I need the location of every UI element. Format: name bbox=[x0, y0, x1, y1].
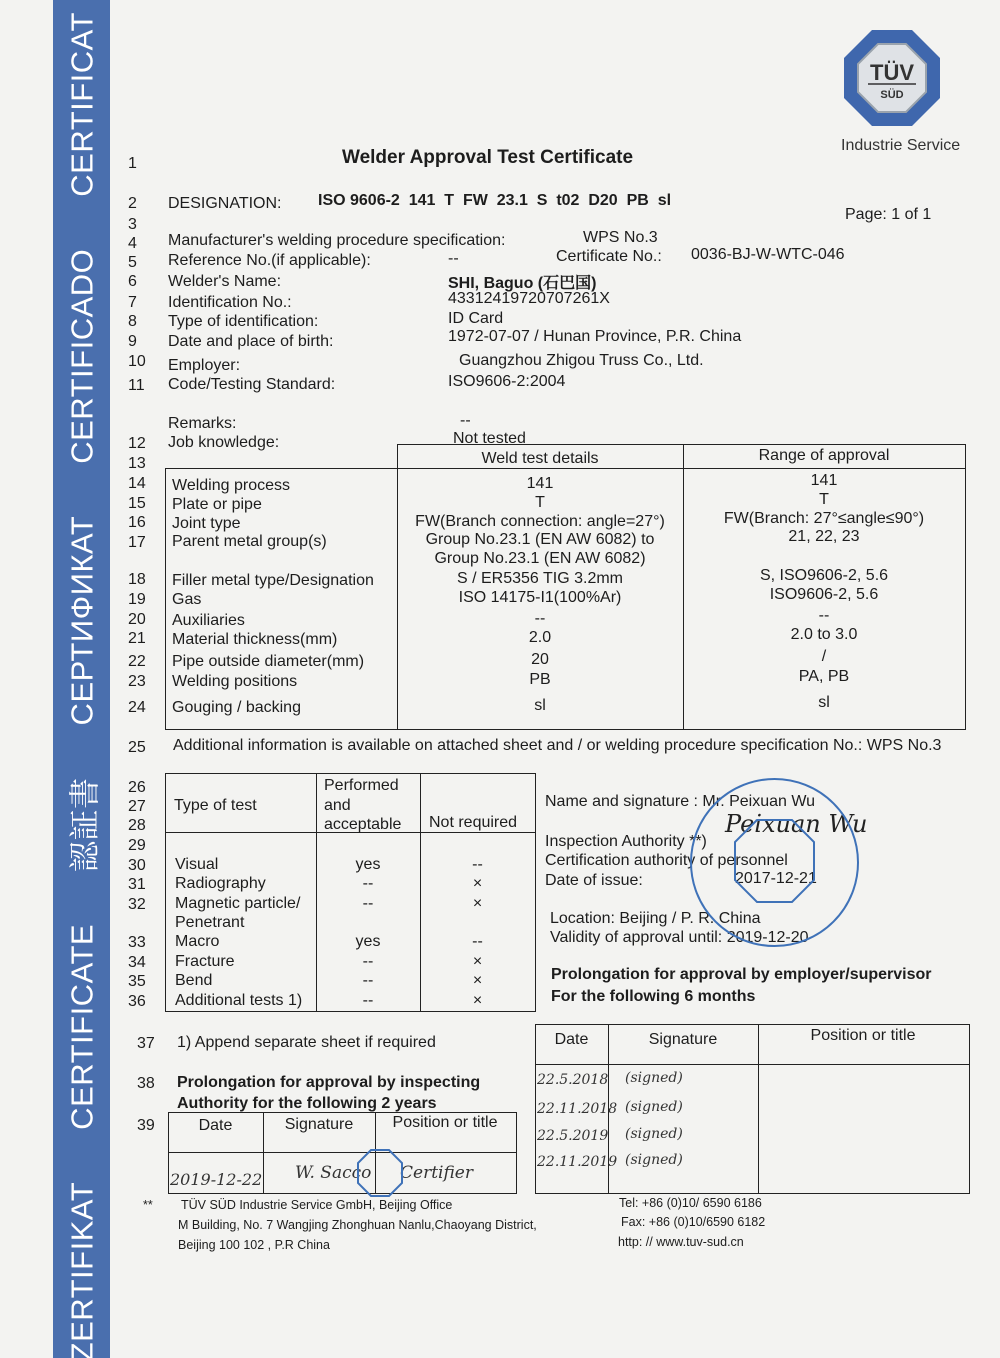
reference-value: -- bbox=[448, 250, 459, 268]
authority-header-position: Position or title bbox=[375, 1114, 515, 1132]
weld-header-range: Range of approval bbox=[683, 447, 965, 465]
weld-row-label: Gouging / backing bbox=[172, 699, 301, 717]
test-row-type: Radiography bbox=[175, 875, 266, 893]
weld-row-label: Auxiliaries bbox=[172, 612, 245, 630]
weld-row-detail: -- bbox=[397, 610, 683, 628]
line-number: 11 bbox=[128, 377, 152, 395]
weld-row-detail: 20 bbox=[397, 651, 683, 669]
line-number: 31 bbox=[128, 876, 152, 894]
line-number: 28 bbox=[128, 817, 152, 835]
line-number: 29 bbox=[128, 837, 152, 855]
inspection-authority: Inspection Authority **) bbox=[545, 833, 707, 851]
diamond-icon bbox=[75, 745, 88, 758]
test-header-not-required: Not required bbox=[429, 814, 517, 832]
employer-entry-signature: (signed) bbox=[625, 1152, 683, 1168]
page-indicator: Page: 1 of 1 bbox=[845, 206, 931, 224]
wps-label: Manufacturer's welding procedure specifi… bbox=[168, 232, 505, 250]
small-stamp-icon bbox=[355, 1148, 405, 1200]
prolong-employer-title: Prolongation for approval by employer/su… bbox=[551, 966, 932, 984]
test-row-performed: -- bbox=[316, 992, 420, 1010]
line-number: 7 bbox=[128, 294, 152, 312]
test-row-not-required: × bbox=[420, 992, 535, 1010]
id-type-value: ID Card bbox=[448, 310, 503, 328]
footer-web[interactable]: http: // www.tuv-sud.cn bbox=[618, 1235, 744, 1249]
weld-row-range: 141 bbox=[683, 472, 965, 490]
band-segment: СЕРТИФИКАТ bbox=[64, 516, 100, 726]
line-number: 6 bbox=[128, 273, 152, 291]
weld-row-range: T bbox=[683, 491, 965, 509]
reference-label: Reference No.(if applicable): bbox=[168, 252, 371, 270]
line-number: 36 bbox=[128, 993, 152, 1011]
weld-row-range: -- bbox=[683, 607, 965, 625]
test-row-type: Fracture bbox=[175, 953, 235, 971]
line-number: 34 bbox=[128, 954, 152, 972]
weld-row-detail: PB bbox=[397, 671, 683, 689]
band-segment: ZERTIFIKAT bbox=[64, 1182, 100, 1358]
test-row-performed: yes bbox=[316, 933, 420, 951]
weld-row-label: Joint type bbox=[172, 515, 240, 533]
test-row-type: Macro bbox=[175, 933, 219, 951]
weld-row-range: PA, PB bbox=[683, 668, 965, 686]
weld-row-label: Plate or pipe bbox=[172, 496, 262, 514]
weld-row-label: Welding positions bbox=[172, 673, 297, 691]
line-number: 23 bbox=[128, 673, 152, 691]
employer-value: Guangzhou Zhigou Truss Co., Ltd. bbox=[459, 352, 704, 370]
weld-row-label: Parent metal group(s) bbox=[172, 533, 327, 551]
code-label: Code/Testing Standard: bbox=[168, 376, 335, 394]
line-number: 37 bbox=[137, 1035, 161, 1053]
line-number: 5 bbox=[128, 254, 152, 272]
band-segment: 認証書 bbox=[59, 777, 104, 872]
authority-header-date: Date bbox=[168, 1117, 263, 1135]
line-number: 9 bbox=[128, 333, 152, 351]
line-number: 3 bbox=[128, 216, 152, 234]
line-number: 32 bbox=[128, 896, 152, 914]
side-band-text: ZERTIFIKAT CERTIFICATE 認証書 СЕРТИФИКАТ CE… bbox=[53, 0, 110, 1358]
prolong-authority-title: Prolongation for approval by inspecting bbox=[177, 1074, 480, 1092]
line-number: 30 bbox=[128, 857, 152, 875]
weld-row-range: / bbox=[683, 648, 965, 666]
line-number: 16 bbox=[128, 514, 152, 532]
test-row-type: Penetrant bbox=[175, 914, 244, 932]
line-number: 10 bbox=[128, 353, 152, 371]
line-number: 20 bbox=[128, 611, 152, 629]
employer-entry-date: 22.11.2018 bbox=[537, 1101, 617, 1117]
test-row-not-required: × bbox=[420, 895, 535, 913]
line-number: 26 bbox=[128, 779, 152, 797]
weld-row-range: 21, 22, 23 bbox=[683, 528, 965, 546]
birth-label: Date and place of birth: bbox=[168, 333, 333, 351]
line-number: 12 bbox=[128, 435, 152, 453]
employer-entry-date: 22.11.2019 bbox=[537, 1154, 617, 1170]
test-row-type: Magnetic particle/ bbox=[175, 895, 300, 913]
band-segment: CERTIFICAT bbox=[64, 12, 100, 197]
line-number: 8 bbox=[128, 313, 152, 331]
weld-row-detail: ISO 14175-I1(100%Ar) bbox=[397, 589, 683, 607]
certificate-label: Certificate No.: bbox=[556, 248, 662, 266]
line-number: 38 bbox=[137, 1075, 161, 1093]
test-row-performed: -- bbox=[316, 972, 420, 990]
footer-address-2: Beijing 100 102 , P.R China bbox=[178, 1238, 330, 1252]
line-number: 19 bbox=[128, 591, 152, 609]
prolong-employer-subtitle: For the following 6 months bbox=[551, 988, 755, 1006]
line-number: 15 bbox=[128, 495, 152, 513]
employer-entry-signature: (signed) bbox=[625, 1099, 683, 1115]
test-row-performed: -- bbox=[316, 895, 420, 913]
line-number: 2 bbox=[128, 195, 152, 213]
employer-header-date: Date bbox=[535, 1031, 608, 1049]
test-row-not-required: × bbox=[420, 953, 535, 971]
additional-info: Additional information is available on a… bbox=[173, 737, 941, 755]
line-number: 14 bbox=[128, 475, 152, 493]
weld-row-detail: 141 bbox=[397, 475, 683, 493]
prolong-authority-subtitle: Authority for the following 2 years bbox=[177, 1095, 437, 1113]
birth-value: 1972-07-07 / Hunan Province, P.R. China bbox=[448, 328, 741, 346]
id-type-label: Type of identification: bbox=[168, 313, 318, 331]
weld-row-label: Pipe outside diameter(mm) bbox=[172, 653, 364, 671]
band-segment: CERTIFICADO bbox=[64, 249, 100, 464]
issue-date-label: Date of issue: bbox=[545, 872, 643, 890]
authority-entry-position: Certifier bbox=[400, 1163, 473, 1183]
test-row-not-required: × bbox=[420, 875, 535, 893]
designation-value: ISO 9606-2 141 T FW 23.1 S t02 D20 PB sl bbox=[318, 192, 671, 210]
weld-row-range: 2.0 to 3.0 bbox=[683, 626, 965, 644]
weld-row-detail: T bbox=[397, 494, 683, 512]
weld-row-range: FW(Branch: 27°≤angle≤90°) bbox=[683, 510, 965, 528]
append-note: 1) Append separate sheet if required bbox=[177, 1034, 436, 1052]
employer-entry-date: 22.5.2019 bbox=[537, 1128, 608, 1144]
weld-row-detail: S / ER5356 TIG 3.2mm bbox=[397, 570, 683, 588]
line-number: 27 bbox=[128, 798, 152, 816]
line-number: 22 bbox=[128, 653, 152, 671]
line-number: 24 bbox=[128, 699, 152, 717]
id-label: Identification No.: bbox=[168, 294, 292, 312]
line-number: 18 bbox=[128, 571, 152, 589]
line-number: 21 bbox=[128, 630, 152, 648]
job-knowledge-label: Job knowledge: bbox=[168, 434, 279, 452]
certificate-number: 0036-BJ-W-WTC-046 bbox=[691, 246, 845, 264]
diamond-icon bbox=[75, 483, 88, 496]
employer-header-signature: Signature bbox=[608, 1031, 758, 1049]
weld-row-range: sl bbox=[683, 694, 965, 712]
diamond-icon bbox=[75, 216, 88, 229]
welder-name-label: Welder's Name: bbox=[168, 273, 281, 291]
line-number: 4 bbox=[128, 235, 152, 253]
weld-header-details: Weld test details bbox=[397, 450, 683, 468]
weld-row-detail: 2.0 bbox=[397, 629, 683, 647]
svg-text:SÜD: SÜD bbox=[880, 88, 903, 101]
weld-row-label: Gas bbox=[172, 591, 201, 609]
designation-label: DESIGNATION: bbox=[168, 195, 282, 213]
weld-row-detail: Group No.23.1 (EN AW 6082) bbox=[397, 550, 683, 568]
employer-entry-date: 22.5.2018 bbox=[537, 1072, 608, 1088]
footnote-marker: ** bbox=[143, 1198, 153, 1212]
diamond-icon bbox=[75, 892, 88, 905]
test-row-type: Additional tests 1) bbox=[175, 992, 302, 1010]
footer-fax: Fax: +86 (0)10/6590 6182 bbox=[621, 1215, 765, 1229]
line-number: 25 bbox=[128, 739, 152, 757]
test-header-performed: Performedandacceptable bbox=[324, 776, 401, 835]
employer-entry-signature: (signed) bbox=[625, 1126, 683, 1142]
line-number: 35 bbox=[128, 973, 152, 991]
line-number: 33 bbox=[128, 934, 152, 952]
test-row-performed: -- bbox=[316, 953, 420, 971]
employer-label: Employer: bbox=[168, 357, 240, 375]
test-row-performed: yes bbox=[316, 856, 420, 874]
page-title: Welder Approval Test Certificate bbox=[342, 147, 633, 169]
weld-row-label: Filler metal type/Designation bbox=[172, 572, 374, 590]
authority-header-signature: Signature bbox=[263, 1116, 375, 1134]
line-number: 13 bbox=[128, 455, 152, 473]
wps-value: WPS No.3 bbox=[583, 229, 658, 247]
test-row-type: Bend bbox=[175, 972, 212, 990]
line-number: 1 bbox=[128, 155, 152, 173]
test-row-performed: -- bbox=[316, 875, 420, 893]
footer-org: TÜV SÜD Industrie Service GmbH, Beijing … bbox=[181, 1198, 452, 1212]
line-number: 39 bbox=[137, 1117, 161, 1135]
employer-header-position: Position or title bbox=[758, 1027, 968, 1045]
authority-stamp bbox=[690, 778, 859, 947]
employer-entry-signature: (signed) bbox=[625, 1070, 683, 1086]
weld-row-detail: FW(Branch connection: angle=27°) bbox=[397, 513, 683, 531]
diamond-icon bbox=[75, 1149, 88, 1162]
authority-entry-date: 2019-12-22 bbox=[170, 1170, 262, 1189]
weld-row-detail: sl bbox=[397, 697, 683, 715]
code-value: ISO9606-2:2004 bbox=[448, 373, 565, 391]
test-row-type: Visual bbox=[175, 856, 218, 874]
test-row-not-required: × bbox=[420, 972, 535, 990]
logo-subtitle: Industrie Service bbox=[841, 137, 960, 155]
footer-address-1: M Building, No. 7 Wangjing Zhonghuan Nan… bbox=[178, 1218, 537, 1232]
weld-row-label: Material thickness(mm) bbox=[172, 631, 337, 649]
line-number: 17 bbox=[128, 534, 152, 552]
weld-row-label: Welding process bbox=[172, 477, 290, 495]
test-row-not-required: -- bbox=[420, 856, 535, 874]
remarks-label: Remarks: bbox=[168, 415, 236, 433]
tuv-sud-logo: TÜV SÜD bbox=[842, 28, 942, 128]
remarks-value: -- bbox=[460, 412, 471, 430]
weld-row-range: S, ISO9606-2, 5.6 bbox=[683, 567, 965, 585]
weld-row-range: ISO9606-2, 5.6 bbox=[683, 586, 965, 604]
test-header-type: Type of test bbox=[174, 797, 257, 815]
band-segment: CERTIFICATE bbox=[64, 924, 100, 1130]
test-row-not-required: -- bbox=[420, 933, 535, 951]
id-value: 43312419720707261X bbox=[448, 290, 610, 308]
footer-tel: Tel: +86 (0)10/ 6590 6186 bbox=[619, 1196, 762, 1210]
weld-row-detail: Group No.23.1 (EN AW 6082) to bbox=[397, 531, 683, 549]
svg-text:TÜV: TÜV bbox=[870, 60, 914, 85]
